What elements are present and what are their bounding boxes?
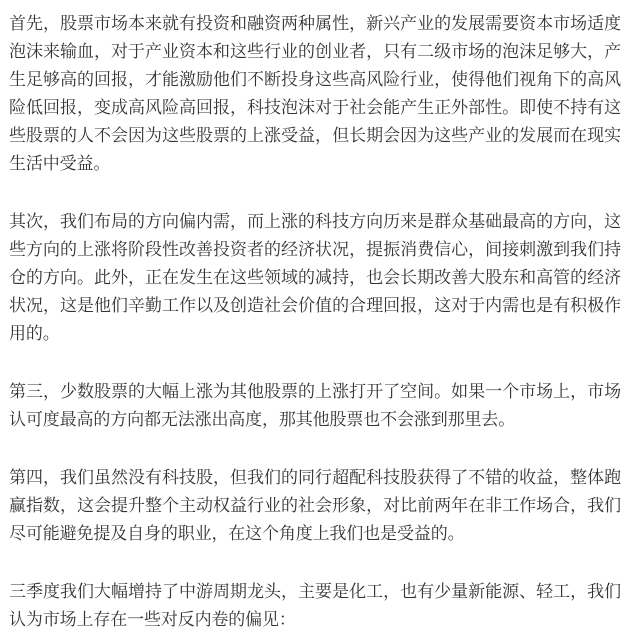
paragraph-investing-financing: 首先，股票市场本来就有投资和融资两种属性，新兴产业的发展需要资本市场适度泡沫来输… — [9, 10, 621, 178]
paragraph-minority-stocks-rally: 第三，少数股票的大幅上涨为其他股票的上涨打开了空间。如果一个市场上，市场认可度最… — [9, 378, 621, 434]
article-body: 首先，股票市场本来就有投资和融资两种属性，新兴产业的发展需要资本市场适度泡沫来输… — [0, 0, 626, 634]
paragraph-peers-tech-gains: 第四，我们虽然没有科技股，但我们的同行超配科技股获得了不错的收益，整体跑赢指数，… — [9, 464, 621, 548]
paragraph-q3-position-changes: 三季度我们大幅增持了中游周期龙头，主要是化工，也有少量新能源、轻工，我们认为市场… — [9, 578, 621, 634]
paragraph-domestic-demand: 其次，我们布局的方向偏内需，而上涨的科技方向历来是群众基础最高的方向，这些方向的… — [9, 208, 621, 348]
